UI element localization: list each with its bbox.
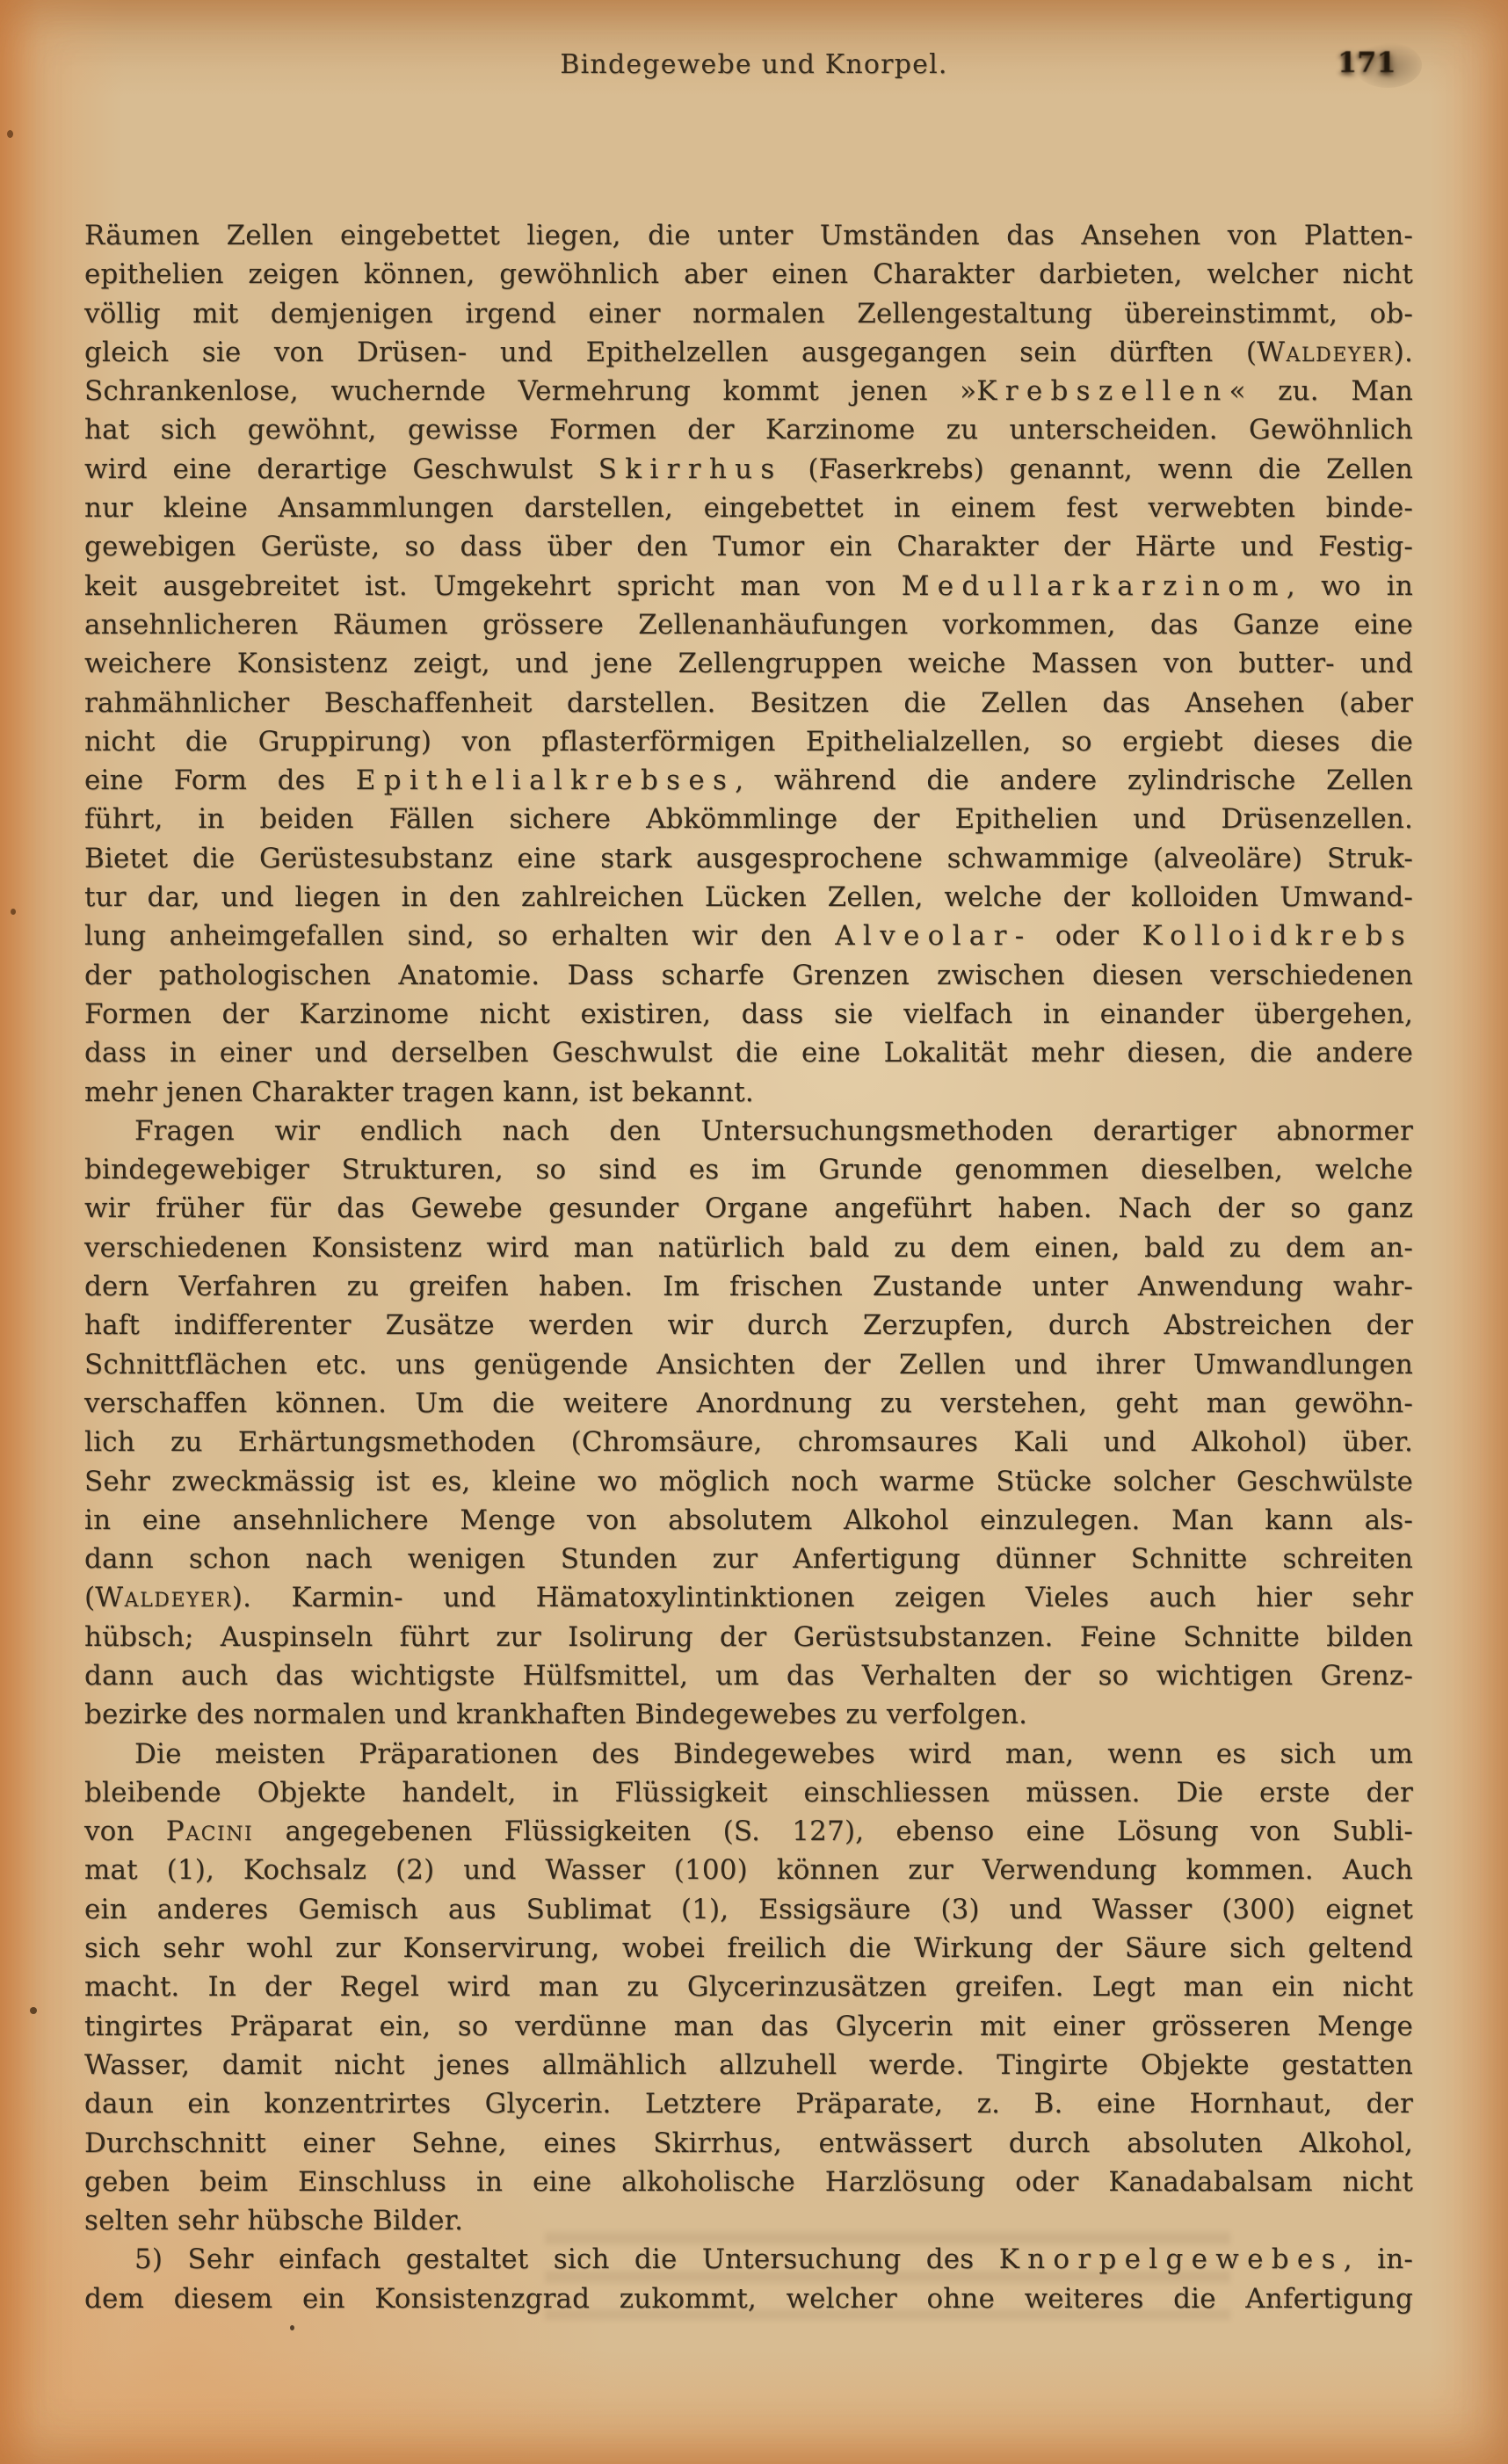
text-line: führt, in beiden Fällen sichere Abkömmli… <box>84 800 1413 838</box>
letterspaced-term: Skirrhus <box>598 453 783 485</box>
letterspaced-term: Krebszellen <box>976 375 1229 407</box>
text-line: dann auch das wichtigste Hülfsmittel, um… <box>84 1656 1413 1695</box>
text-line: weichere Konsistenz zeigt, und jene Zell… <box>84 644 1413 683</box>
text-line: epithelien zeigen können, gewöhnlich abe… <box>84 255 1413 294</box>
smallcaps-name: Waldeyer <box>95 1582 232 1613</box>
letterspaced-term: Kolloidkrebs <box>1142 920 1413 952</box>
smallcaps-name: Waldeyer <box>1257 337 1394 368</box>
text-line: von Pacini angegebenen Flüssigkeiten (S.… <box>84 1812 1413 1851</box>
text-line: 5) Sehr einfach gestaltet sich die Unter… <box>84 2240 1413 2279</box>
text-line: bleibende Objekte handelt, in Flüssigkei… <box>84 1773 1413 1812</box>
text-line: wir früher für das Gewebe gesunder Organ… <box>84 1189 1413 1228</box>
letterspaced-term: Epithelialkrebses <box>356 765 735 796</box>
text-line: rahmähnlicher Beschaffenheit darstellen.… <box>84 684 1413 722</box>
text-line: lich zu Erhärtungsmethoden (Chromsäure, … <box>84 1423 1413 1461</box>
text-line: hübsch; Auspinseln führt zur Isolirung d… <box>84 1618 1413 1656</box>
ink-speck <box>7 130 13 138</box>
text-line: bezirke des normalen und krankhaften Bin… <box>84 1695 1413 1734</box>
text-line: Schnittflächen etc. uns genügende Ansich… <box>84 1345 1413 1384</box>
text-line: Durchschnitt einer Sehne, eines Skirrhus… <box>84 2124 1413 2163</box>
text-line: selten sehr hübsche Bilder. <box>84 2201 1413 2240</box>
text-line: lung anheimgefallen sind, so erhalten wi… <box>84 917 1413 955</box>
text-line: verschaffen können. Um die weitere Anord… <box>84 1384 1413 1423</box>
text-line: Räumen Zellen eingebettet liegen, die un… <box>84 216 1413 255</box>
ink-speck <box>30 2007 37 2014</box>
text-line: tur dar, und liegen in den zahlreichen L… <box>84 878 1413 917</box>
text-line: dass in einer und derselben Geschwulst d… <box>84 1033 1413 1072</box>
ink-speck <box>11 909 16 915</box>
text-line: haft indifferenter Zusätze werden wir du… <box>84 1306 1413 1344</box>
text-line: gewebigen Gerüste, so dass über den Tumo… <box>84 527 1413 566</box>
text-line: nur kleine Ansammlungen darstellen, eing… <box>84 489 1413 527</box>
text-line: in eine ansehnlichere Menge von absolute… <box>84 1501 1413 1540</box>
ink-speck <box>290 2325 294 2330</box>
text-line: ein anderes Gemisch aus Sublimat (1), Es… <box>84 1890 1413 1929</box>
page-number: 171 <box>1338 46 1417 79</box>
text-line: daun ein konzentrirtes Glycerin. Letzter… <box>84 2084 1413 2123</box>
text-line: bindegewebiger Strukturen, so sind es im… <box>84 1150 1413 1189</box>
text-line: Die meisten Präparationen des Bindegeweb… <box>84 1735 1413 1773</box>
text-line: mehr jenen Charakter tragen kann, ist be… <box>84 1073 1413 1112</box>
letterspaced-term: Medullarkarzinom <box>902 570 1287 602</box>
text-line: hat sich gewöhnt, gewisse Formen der Kar… <box>84 410 1413 449</box>
letterspaced-term: Alveolar- <box>835 920 1032 952</box>
text-line: (Waldeyer). Karmin- und Hämatoxylintinkt… <box>84 1578 1413 1617</box>
text-line: sich sehr wohl zur Konservirung, wobei f… <box>84 1929 1413 1968</box>
text-line: dern Verfahren zu greifen haben. Im fris… <box>84 1267 1413 1306</box>
text-line: tingirtes Präparat ein, so verdünne man … <box>84 2007 1413 2046</box>
smallcaps-name: Pacini <box>166 1815 254 1847</box>
text-line: der pathologischen Anatomie. Dass scharf… <box>84 956 1413 995</box>
text-line: Sehr zweckmässig ist es, kleine wo mögli… <box>84 1462 1413 1501</box>
text-line: Fragen wir endlich nach den Untersuchung… <box>84 1112 1413 1150</box>
letterspaced-term: Knorpelgewebes <box>999 2243 1344 2275</box>
text-line: verschiedenen Konsistenz wird man natürl… <box>84 1228 1413 1267</box>
text-line: Wasser, damit nicht jenes allmählich all… <box>84 2046 1413 2084</box>
text-line: Formen der Karzinome nicht existiren, da… <box>84 995 1413 1033</box>
text-line: Bietet die Gerüstesubstanz eine stark au… <box>84 839 1413 878</box>
text-line: dann schon nach wenigen Stunden zur Anfe… <box>84 1540 1413 1578</box>
text-line: Schrankenlose, wuchernde Vermehrung komm… <box>84 372 1413 410</box>
text-line: geben beim Einschluss in eine alkoholisc… <box>84 2163 1413 2201</box>
text-line: völlig mit demjenigen irgend einer norma… <box>84 294 1413 333</box>
book-page: Bindegewebe und Knorpel. 171 Räumen Zell… <box>0 0 1508 2464</box>
text-line: eine Form des Epithelialkrebses, während… <box>84 761 1413 800</box>
text-line: ansehnlicheren Räumen grössere Zellenanh… <box>84 605 1413 644</box>
text-line: keit ausgebreitet ist. Umgekehrt spricht… <box>84 567 1413 605</box>
text-line: dem diesem ein Konsistenzgrad zukommt, w… <box>84 2279 1413 2318</box>
text-block: Räumen Zellen eingebettet liegen, die un… <box>84 216 1413 2318</box>
text-line: wird eine derartige Geschwulst Skirrhus … <box>84 450 1413 489</box>
running-header-title: Bindegewebe und Knorpel. <box>0 49 1508 80</box>
text-line: macht. In der Regel wird man zu Glycerin… <box>84 1968 1413 2006</box>
text-line: nicht die Gruppirung) von pflasterförmig… <box>84 722 1413 761</box>
text-line: mat (1), Kochsalz (2) und Wasser (100) k… <box>84 1851 1413 1889</box>
text-line: gleich sie von Drüsen- und Epithelzellen… <box>84 333 1413 372</box>
